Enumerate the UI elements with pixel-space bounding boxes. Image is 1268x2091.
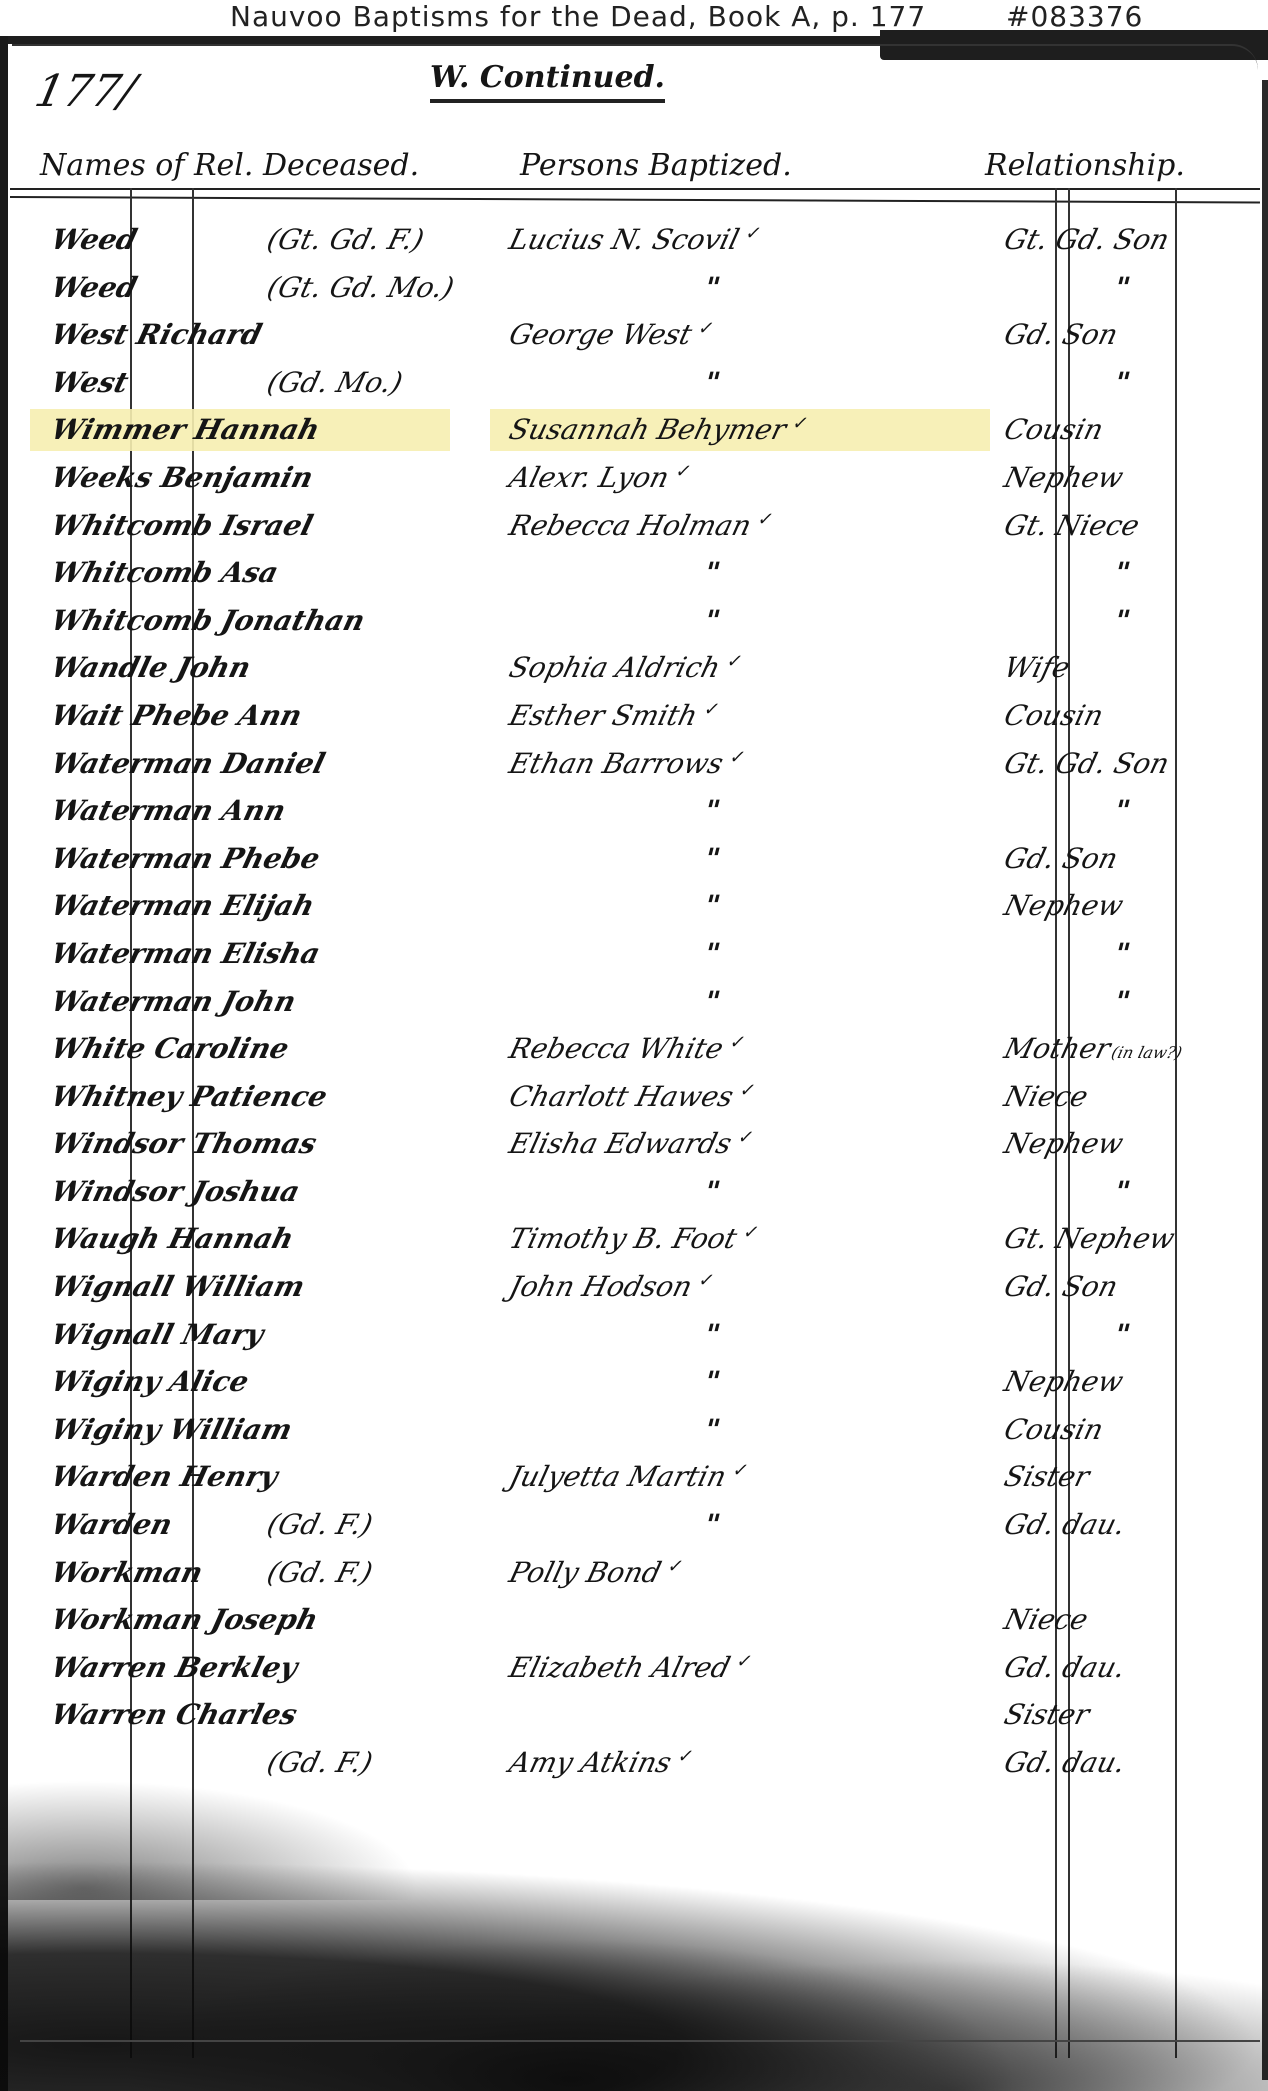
relationship-label: Gd. dau.: [1001, 1651, 1129, 1684]
deceased-name: Wignall Mary: [48, 1318, 267, 1351]
relationship-label: Cousin: [1001, 1413, 1107, 1446]
relationship-label: Nephew: [1001, 461, 1127, 494]
relationship: ": [1111, 366, 1134, 399]
check-mark-icon: ✓: [696, 318, 716, 339]
deceased-name: Wiginy Alice: [48, 1365, 252, 1398]
baptized-person: ": [701, 889, 724, 922]
deceased-name: Weeks Benjamin: [48, 461, 317, 494]
baptized-name: John Hodson: [506, 1270, 696, 1303]
baptized-person: ": [701, 985, 724, 1018]
baptized-name: ": [701, 937, 724, 970]
table-row: Whitcomb Asa"": [0, 548, 1268, 596]
relationship: ": [1111, 985, 1134, 1018]
baptized-person: ": [701, 271, 724, 304]
relationship: Mother(in law?): [1001, 1032, 1187, 1065]
relationship: Niece: [1001, 1603, 1092, 1636]
table-row: Wiginy William"Cousin: [0, 1405, 1268, 1453]
baptized-name: Susannah Behymer: [506, 413, 790, 446]
table-row: Waterman Elijah"Nephew: [0, 881, 1268, 929]
relationship-label: Sister: [1001, 1698, 1093, 1731]
relationship: Gt. Gd. Son: [1001, 223, 1173, 256]
relationship-label: Gd. Son: [1001, 318, 1121, 351]
relationship-label: Nephew: [1001, 889, 1127, 922]
deceased-name: Waterman Elijah: [48, 889, 318, 922]
check-mark-icon: ✓: [731, 1460, 751, 1481]
baptized-person: Elisha Edwards✓: [506, 1127, 756, 1160]
baptized-name: Lucius N. Scovil: [506, 223, 743, 256]
table-row: Waterman Elisha"": [0, 929, 1268, 977]
table-row: Warden HenryJulyetta Martin✓Sister: [0, 1452, 1268, 1500]
deceased-relation-note: (Gt. Gd. Mo.): [264, 271, 458, 304]
relationship-label: ": [1111, 794, 1134, 827]
header-rule-double: [10, 196, 1260, 203]
relationship: Gd. dau.: [1001, 1651, 1129, 1684]
check-mark-icon: ✓: [741, 1222, 761, 1243]
header-rule: [10, 188, 1260, 190]
table-row: Waterman Ann"": [0, 786, 1268, 834]
baptized-person: ": [701, 604, 724, 637]
baptized-name: Polly Bond: [506, 1556, 665, 1589]
relationship: Nephew: [1001, 1365, 1127, 1398]
table-row: Weed(Gt. Gd. Mo.)"": [0, 263, 1268, 311]
table-row: Windsor Joshua"": [0, 1167, 1268, 1215]
relationship: Sister: [1001, 1698, 1093, 1731]
relationship-label: Niece: [1001, 1603, 1092, 1636]
relationship: ": [1111, 937, 1134, 970]
relationship: Sister: [1001, 1460, 1093, 1493]
scan-smudge: [0, 1860, 1268, 2091]
baptized-person: Ethan Barrows✓: [506, 747, 748, 780]
table-row: Waterman DanielEthan Barrows✓Gt. Gd. Son: [0, 739, 1268, 787]
deceased-name: Windsor Joshua: [48, 1175, 303, 1208]
deceased-relation-note: (Gd. F.): [264, 1746, 376, 1779]
table-row: Whitney PatienceCharlott Hawes✓Niece: [0, 1072, 1268, 1120]
baptized-name: ": [701, 794, 724, 827]
relationship: Niece: [1001, 1080, 1092, 1113]
deceased-name: Wignall William: [48, 1270, 308, 1303]
annotation-title: Nauvoo Baptisms for the Dead, Book A, p.…: [230, 0, 926, 33]
relationship: Nephew: [1001, 1127, 1127, 1160]
relationship: Gt. Gd. Son: [1001, 747, 1173, 780]
table-row: West RichardGeorge West✓Gd. Son: [0, 310, 1268, 358]
relationship-label: Gt. Gd. Son: [1001, 223, 1173, 256]
relationship: Gt. Nephew: [1001, 1222, 1178, 1255]
deceased-name: Waugh Hannah: [48, 1222, 297, 1255]
relationship-label: Gd. Son: [1001, 842, 1121, 875]
check-mark-icon: ✓: [702, 699, 722, 720]
deceased-relation-note: (Gd. F.): [264, 1508, 376, 1541]
baptized-person: Julyetta Martin✓: [506, 1460, 751, 1493]
relationship: ": [1111, 794, 1134, 827]
table-row: Waterman John"": [0, 977, 1268, 1025]
baptized-person: Lucius N. Scovil✓: [506, 223, 764, 256]
baptized-person: George West✓: [506, 318, 717, 351]
baptized-person: Susannah Behymer✓: [506, 413, 811, 446]
baptized-name: ": [701, 1508, 724, 1541]
annotation-reference: #083376: [1006, 0, 1143, 33]
relationship-note: (in law?): [1109, 1043, 1184, 1062]
bottom-rule: [20, 2040, 1260, 2042]
relationship: ": [1111, 1318, 1134, 1351]
baptized-name: Alexr. Lyon: [506, 461, 673, 494]
baptized-name: George West: [506, 318, 695, 351]
deceased-name: Warren Berkley: [48, 1651, 301, 1684]
baptized-name: ": [701, 271, 724, 304]
relationship-label: Nephew: [1001, 1365, 1127, 1398]
check-mark-icon: ✓: [756, 509, 776, 530]
column-headers: Names of Rel. Deceased. Persons Baptized…: [0, 148, 1268, 188]
baptized-name: ": [701, 366, 724, 399]
relationship: Gd. Son: [1001, 1270, 1121, 1303]
baptized-person: ": [701, 842, 724, 875]
deceased-relation-note: (Gd. Mo.): [264, 366, 406, 399]
baptized-name: Rebecca White: [506, 1032, 727, 1065]
table-row: Wignall Mary"": [0, 1310, 1268, 1358]
deceased-name: Waterman Elisha: [48, 937, 324, 970]
baptized-name: ": [701, 1175, 724, 1208]
deceased-relation-note: (Gt. Gd. F.): [264, 223, 428, 256]
baptized-name: ": [701, 1413, 724, 1446]
relationship-label: ": [1111, 985, 1134, 1018]
check-mark-icon: ✓: [743, 223, 763, 244]
baptized-name: ": [701, 1318, 724, 1351]
deceased-name: Whitcomb Jonathan: [48, 604, 368, 637]
check-mark-icon: ✓: [738, 1080, 758, 1101]
relationship-label: Mother: [1001, 1032, 1114, 1065]
relationship-label: Wife: [1001, 651, 1073, 684]
baptized-person: Rebecca Holman✓: [506, 509, 776, 542]
baptized-name: Sophia Aldrich: [506, 651, 724, 684]
check-mark-icon: ✓: [665, 1556, 685, 1577]
deceased-name: Warren Charles: [48, 1698, 301, 1731]
relationship-label: ": [1111, 937, 1134, 970]
baptized-name: ": [701, 1365, 724, 1398]
relationship-label: Cousin: [1001, 413, 1107, 446]
baptized-person: ": [701, 1413, 724, 1446]
table-row: Warren CharlesSister: [0, 1690, 1268, 1738]
check-mark-icon: ✓: [734, 1651, 754, 1672]
deceased-name: Waterman Ann: [48, 794, 289, 827]
baptized-name: Elisha Edwards: [506, 1127, 735, 1160]
deceased-name: Whitcomb Asa: [48, 556, 282, 589]
relationship-label: Nephew: [1001, 1127, 1127, 1160]
table-row: Workman JosephNiece: [0, 1595, 1268, 1643]
relationship-label: Gd. Son: [1001, 1270, 1121, 1303]
baptized-name: Elizabeth Alred: [506, 1651, 734, 1684]
table-row: Whitcomb IsraelRebecca Holman✓Gt. Niece: [0, 501, 1268, 549]
check-mark-icon: ✓: [673, 461, 693, 482]
table-row: Waugh HannahTimothy B. Foot✓Gt. Nephew: [0, 1214, 1268, 1262]
table-row: Weeks BenjaminAlexr. Lyon✓Nephew: [0, 453, 1268, 501]
table-row: Wait Phebe AnnEsther Smith✓Cousin: [0, 691, 1268, 739]
relationship-label: Gt. Gd. Son: [1001, 747, 1173, 780]
relationship: Cousin: [1001, 1413, 1107, 1446]
deceased-name: Workman: [48, 1556, 206, 1589]
baptized-name: Esther Smith: [506, 699, 701, 732]
baptized-name: ": [701, 604, 724, 637]
baptized-person: Sophia Aldrich✓: [506, 651, 745, 684]
relationship-label: ": [1111, 1175, 1134, 1208]
table-row: Waterman Phebe"Gd. Son: [0, 834, 1268, 882]
check-mark-icon: ✓: [725, 651, 745, 672]
deceased-name: White Caroline: [48, 1032, 292, 1065]
relationship: Gd. Son: [1001, 842, 1121, 875]
table-row: Workman(Gd. F.)Polly Bond✓: [0, 1548, 1268, 1596]
relationship-label: Sister: [1001, 1460, 1093, 1493]
baptized-name: ": [701, 985, 724, 1018]
baptized-person: Timothy B. Foot✓: [506, 1222, 762, 1255]
header-deceased: Names of Rel. Deceased.: [40, 148, 419, 183]
baptized-person: ": [701, 1508, 724, 1541]
baptized-person: John Hodson✓: [506, 1270, 717, 1303]
baptized-name: Timothy B. Foot: [506, 1222, 741, 1255]
deceased-name: Waterman Daniel: [48, 747, 329, 780]
relationship-label: Gd. dau.: [1001, 1508, 1129, 1541]
check-mark-icon: ✓: [676, 1746, 696, 1767]
page-number: 177/: [31, 66, 141, 117]
baptized-person: ": [701, 366, 724, 399]
table-row: Warden(Gd. F.)"Gd. dau.: [0, 1500, 1268, 1548]
deceased-name: Weed: [48, 223, 141, 256]
relationship-label: Gd. dau.: [1001, 1746, 1129, 1779]
relationship: Cousin: [1001, 699, 1107, 732]
table-row: Whitcomb Jonathan"": [0, 596, 1268, 644]
deceased-relation-note: (Gd. F.): [264, 1556, 376, 1589]
relationship-label: ": [1111, 556, 1134, 589]
deceased-name: Warden: [48, 1508, 176, 1541]
baptized-person: Alexr. Lyon✓: [506, 461, 694, 494]
record-table: Weed(Gt. Gd. F.)Lucius N. Scovil✓Gt. Gd.…: [0, 215, 1268, 1786]
relationship: ": [1111, 1175, 1134, 1208]
table-row: Windsor ThomasElisha Edwards✓Nephew: [0, 1119, 1268, 1167]
deceased-name: Waterman John: [48, 985, 299, 1018]
table-row: Wimmer HannahSusannah Behymer✓Cousin: [0, 405, 1268, 453]
section-title: W. Continued.: [430, 60, 665, 103]
baptized-person: Charlott Hawes✓: [506, 1080, 758, 1113]
relationship: Gt. Niece: [1001, 509, 1143, 542]
check-mark-icon: ✓: [727, 747, 747, 768]
relationship: Gd. Son: [1001, 318, 1121, 351]
relationship: Cousin: [1001, 413, 1107, 446]
table-row: Wandle JohnSophia Aldrich✓Wife: [0, 643, 1268, 691]
relationship: Gd. dau.: [1001, 1508, 1129, 1541]
relationship: Nephew: [1001, 461, 1127, 494]
baptized-person: Elizabeth Alred✓: [506, 1651, 755, 1684]
baptized-name: Charlott Hawes: [506, 1080, 737, 1113]
baptized-person: ": [701, 937, 724, 970]
deceased-name: Warden Henry: [48, 1460, 281, 1493]
relationship-label: Cousin: [1001, 699, 1107, 732]
deceased-name: Workman Joseph: [48, 1603, 322, 1636]
relationship: Nephew: [1001, 889, 1127, 922]
relationship-label: ": [1111, 604, 1134, 637]
table-row: Warren BerkleyElizabeth Alred✓Gd. dau.: [0, 1643, 1268, 1691]
baptized-name: Ethan Barrows: [506, 747, 727, 780]
baptized-name: ": [701, 889, 724, 922]
deceased-name: Wait Phebe Ann: [48, 699, 306, 732]
baptized-person: ": [701, 794, 724, 827]
deceased-name: Wiginy William: [48, 1413, 296, 1446]
header-relationship: Relationship.: [985, 148, 1185, 183]
baptized-person: Polly Bond✓: [506, 1556, 686, 1589]
check-mark-icon: ✓: [696, 1270, 716, 1291]
baptized-name: Julyetta Martin: [506, 1460, 730, 1493]
deceased-name: West Richard: [48, 318, 265, 351]
baptized-name: ": [701, 842, 724, 875]
baptized-person: ": [701, 1175, 724, 1208]
baptized-person: Rebecca White✓: [506, 1032, 748, 1065]
header-baptized: Persons Baptized.: [520, 148, 792, 183]
deceased-name: Windsor Thomas: [48, 1127, 320, 1160]
relationship-label: ": [1111, 1318, 1134, 1351]
table-row: Wiginy Alice"Nephew: [0, 1357, 1268, 1405]
baptized-name: Amy Atkins: [506, 1746, 675, 1779]
relationship-label: Gt. Nephew: [1001, 1222, 1178, 1255]
relationship-label: ": [1111, 271, 1134, 304]
baptized-person: Esther Smith✓: [506, 699, 722, 732]
deceased-name: Weed: [48, 271, 141, 304]
deceased-name: Waterman Phebe: [48, 842, 323, 875]
baptized-person: Amy Atkins✓: [506, 1746, 696, 1779]
deceased-name: Whitcomb Israel: [48, 509, 316, 542]
relationship: ": [1111, 604, 1134, 637]
table-row: West(Gd. Mo.)"": [0, 358, 1268, 406]
table-row: (Gd. F.)Amy Atkins✓Gd. dau.: [0, 1738, 1268, 1786]
check-mark-icon: ✓: [728, 1032, 748, 1053]
deceased-name: Wimmer Hannah: [48, 413, 323, 446]
deceased-name: West: [48, 366, 132, 399]
deceased-name: Wandle John: [48, 651, 254, 684]
baptized-person: ": [701, 1365, 724, 1398]
baptized-person: ": [701, 1318, 724, 1351]
relationship: ": [1111, 271, 1134, 304]
relationship: Wife: [1001, 651, 1073, 684]
baptized-name: ": [701, 556, 724, 589]
relationship-label: ": [1111, 366, 1134, 399]
relationship-label: Niece: [1001, 1080, 1092, 1113]
relationship: ": [1111, 556, 1134, 589]
check-mark-icon: ✓: [736, 1127, 756, 1148]
table-row: Weed(Gt. Gd. F.)Lucius N. Scovil✓Gt. Gd.…: [0, 215, 1268, 263]
relationship: Gd. dau.: [1001, 1746, 1129, 1779]
table-row: White CarolineRebecca White✓Mother(in la…: [0, 1024, 1268, 1072]
table-row: Wignall WilliamJohn Hodson✓Gd. Son: [0, 1262, 1268, 1310]
relationship-label: Gt. Niece: [1001, 509, 1143, 542]
baptized-person: ": [701, 556, 724, 589]
deceased-name: Whitney Patience: [48, 1080, 331, 1113]
baptized-name: Rebecca Holman: [506, 509, 755, 542]
